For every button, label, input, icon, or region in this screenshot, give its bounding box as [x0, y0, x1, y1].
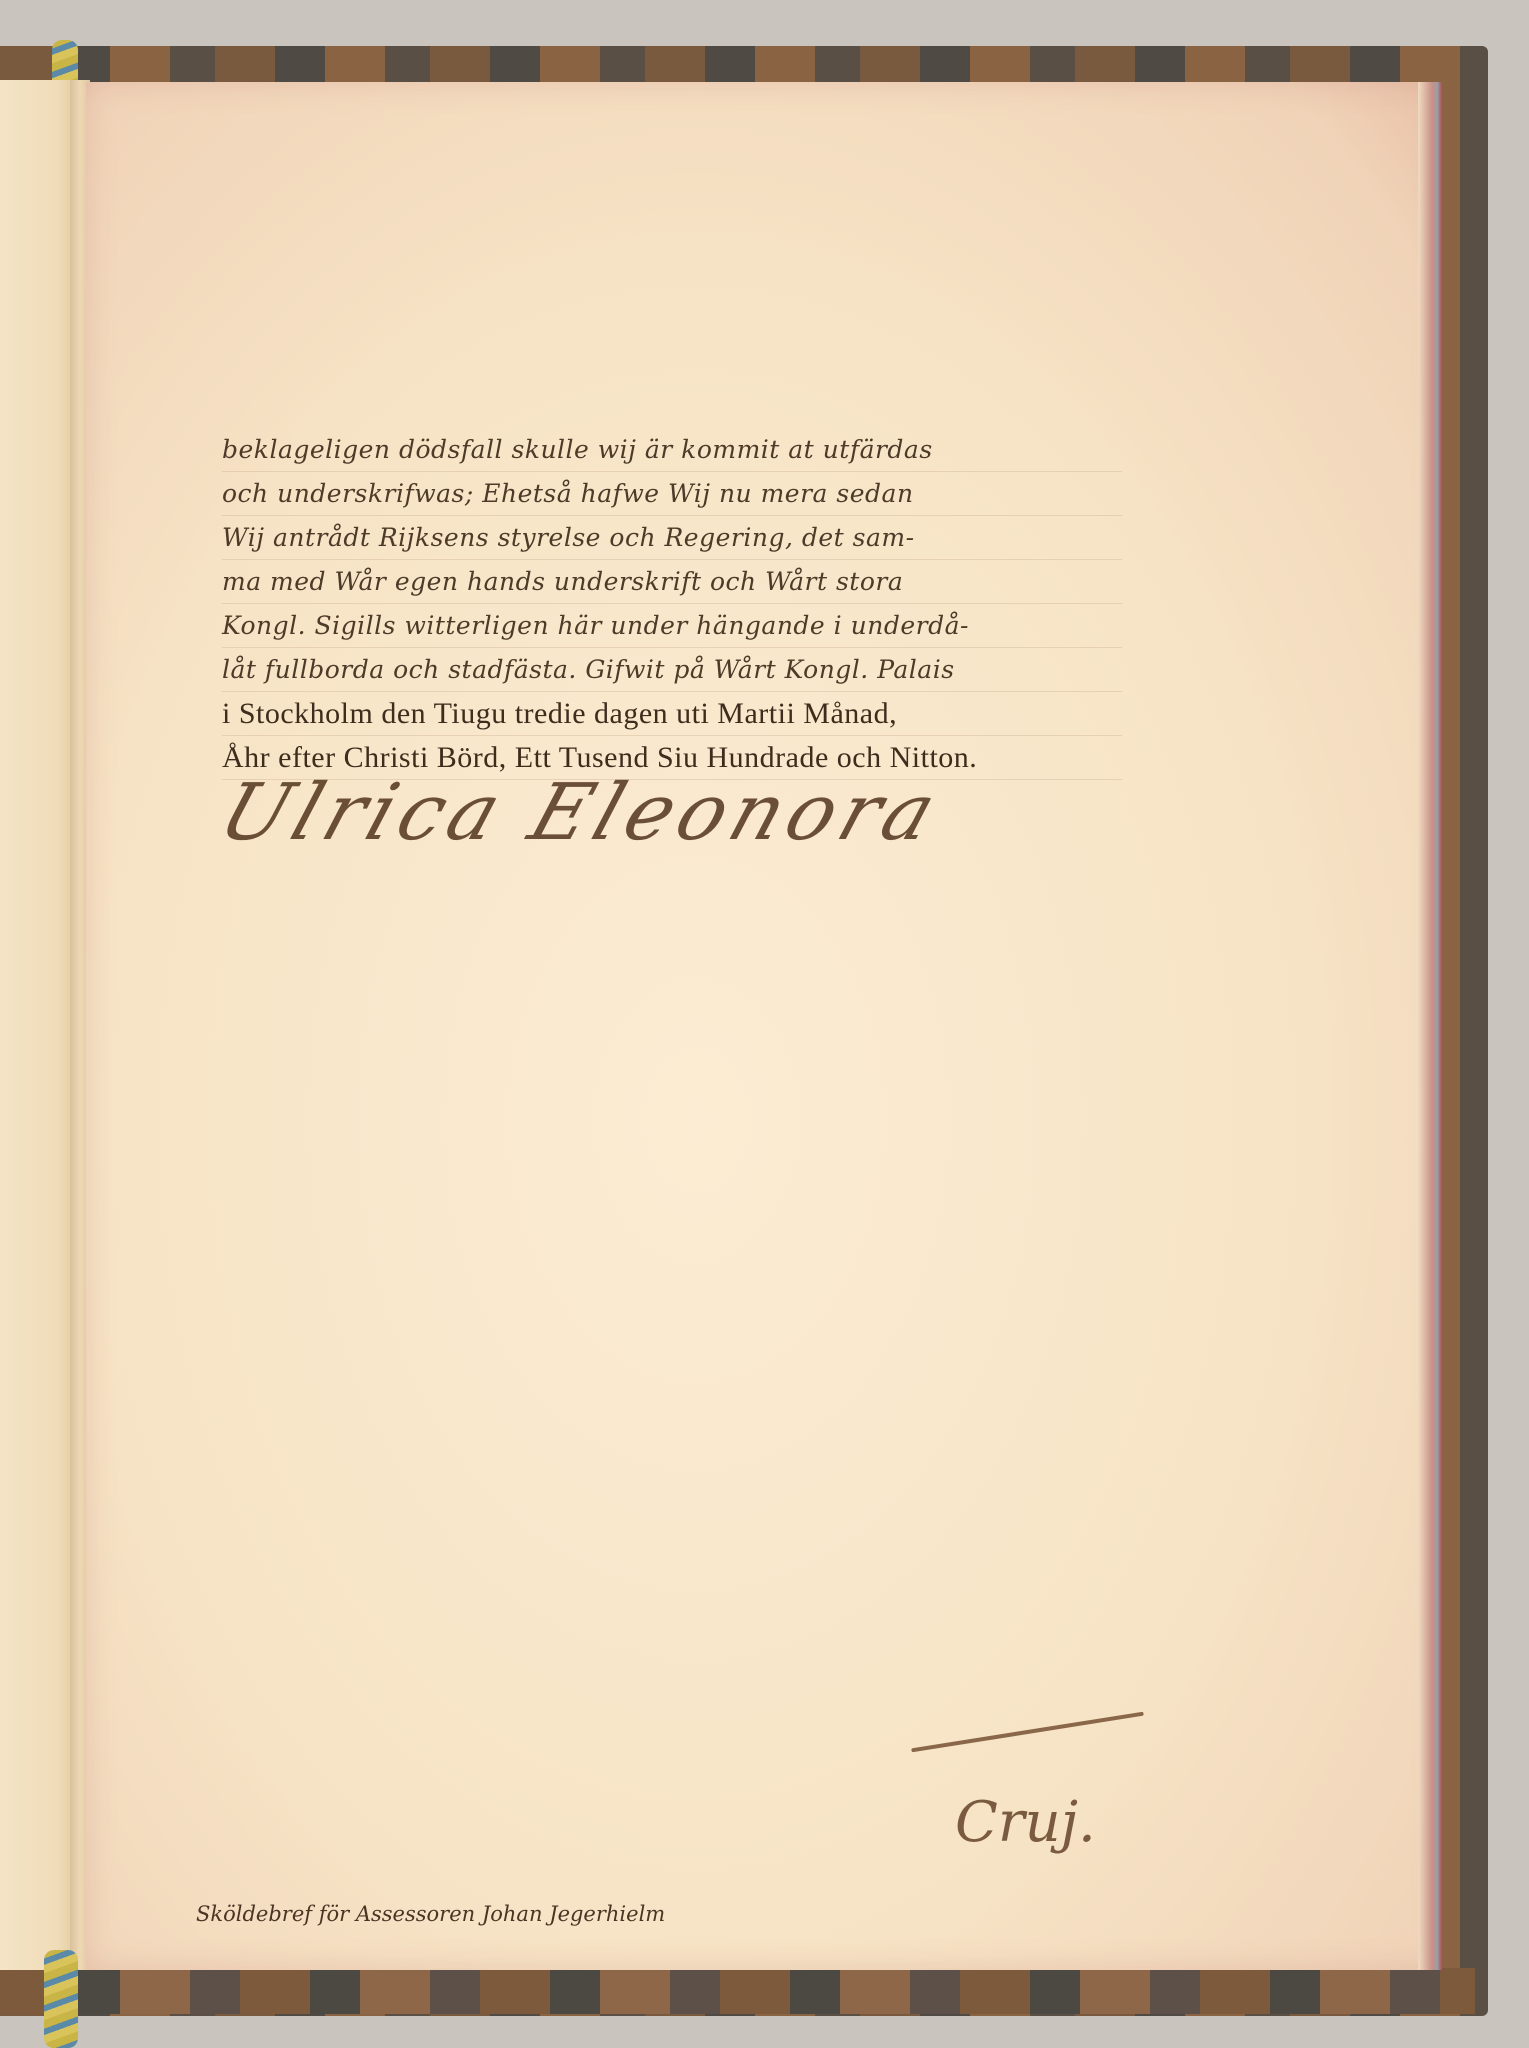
docket-note: Sköldebref för Assessoren Johan Jegerhie…	[196, 1902, 665, 1926]
royal-signature: Ulrica Eleonora	[206, 768, 1178, 868]
body-line: och underskrifwas; Ehetså hafwe Wij nu m…	[222, 472, 1122, 516]
left-page-edge	[0, 80, 72, 1970]
body-line: ma med Wår egen hands underskrift och Wå…	[222, 560, 1122, 604]
body-line: Kongl. Sigills witterligen här under hän…	[222, 604, 1122, 648]
dating-clause-line: i Stockholm den Tiugu tredie dagen uti M…	[222, 692, 1122, 736]
body-line: beklageligen dödsfall skulle wij är komm…	[222, 428, 1122, 472]
book-cover-bottom-edge	[0, 1968, 1475, 2014]
letter-body: beklageligen dödsfall skulle wij är komm…	[222, 428, 1122, 780]
body-line: Wij antrådt Rijksens styrelse och Regeri…	[222, 516, 1122, 560]
body-line: låt fullborda och stadfästa. Gifwit på W…	[222, 648, 1122, 692]
page-edge-border	[1418, 82, 1442, 1970]
right-page	[86, 82, 1442, 1970]
binding-cord-bottom	[44, 1950, 78, 2048]
countersignature: Cruj.	[955, 1790, 1096, 1855]
